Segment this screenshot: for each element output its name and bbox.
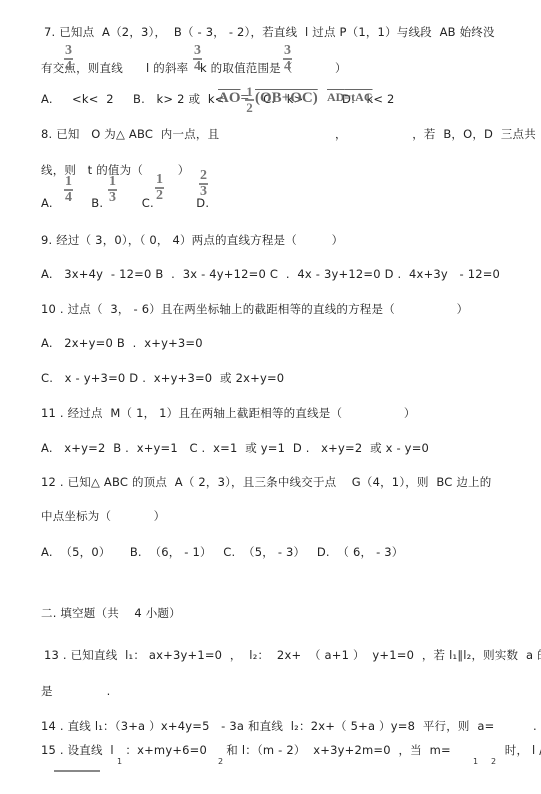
q7-vector-sum: (OB+OC) bbox=[255, 90, 318, 107]
q13-stem-line1: 13 . 已知直线 l₁： ax+3y+1=0 ， l₂： 2x+ （ a+1 … bbox=[44, 648, 541, 662]
vector-ob-oc: (OB+OC) bbox=[255, 90, 318, 106]
q7-stem-line1: 7. 已知点 A（2，3）， B（ - 3， - 2），若直线 l 过点 P（1… bbox=[44, 25, 495, 39]
frac-num: 1 bbox=[246, 86, 253, 98]
frac-num: 3 bbox=[284, 45, 291, 57]
vector-tac: =tAC bbox=[344, 90, 372, 104]
q8-option-a-fraction: 14 bbox=[64, 176, 73, 204]
frac-den: 3 bbox=[109, 192, 116, 204]
q15-subscript-l2: 2 bbox=[218, 757, 223, 766]
frac-den: 4 bbox=[65, 61, 72, 73]
frac-den: 3 bbox=[200, 186, 207, 198]
frac-num: 1 bbox=[156, 174, 163, 186]
q10-stem: 10 . 过点（ 3， - 6）且在两坐标轴上的截距相等的直线的方程是（ ） bbox=[41, 302, 468, 316]
q8-stem-line1: 8. 已知 O 为△ ABC 内一点，且 ， ，若 B，O，D 三点共 bbox=[41, 127, 536, 141]
q7-vector-formula-ad: AD=tAC bbox=[327, 90, 373, 105]
q7-fraction-overlay-a: 34 bbox=[64, 45, 73, 73]
q7-fraction-answer-blank: 34 bbox=[283, 45, 292, 73]
frac-den: 2 bbox=[156, 190, 163, 202]
frac-num: 1 bbox=[109, 176, 116, 188]
q7-fraction-overlay-b: 34 bbox=[193, 45, 202, 73]
q8-option-d-fraction: 23 bbox=[199, 170, 208, 198]
q11-stem: 11 . 经过点 M（ 1， 1）且在两轴上截距相等的直线是（ ） bbox=[41, 406, 416, 420]
q15-stem: 15 . 设直线 l ：x+my+6=0 和 l：（m - 2） x+3y+2m… bbox=[41, 743, 541, 757]
frac-num: 3 bbox=[194, 45, 201, 57]
q12-options: A. （5，0） B. （6， - 1） C. （5， - 3） D. （ 6，… bbox=[41, 545, 404, 559]
q12-stem-line1: 12 . 已知△ ABC 的顶点 A（ 2，3），且三条中线交于点 G（4，1）… bbox=[41, 475, 491, 489]
frac-den: 4 bbox=[65, 192, 72, 204]
q9-stem: 9. 经过（ 3，0），（ 0， 4）两点的直线方程是（ ） bbox=[41, 233, 343, 247]
q15-subscript-l1: 1 bbox=[117, 757, 122, 766]
q10-options-row1: A. 2x+y=0 B . x+y+3=0 bbox=[41, 336, 203, 350]
q9-options: A. 3x+4y - 12=0 B . 3x - 4y+12=0 C . 4x … bbox=[41, 267, 500, 281]
answer-blank-underline bbox=[54, 770, 100, 772]
frac-num: 2 bbox=[200, 170, 207, 182]
q14-stem: 14 . 直线 l₁：（3+a ）x+4y=5 - 3a 和直线 l₂：2x+（… bbox=[41, 719, 537, 733]
vector-ad: AD bbox=[327, 90, 344, 104]
q12-stem-line2: 中点坐标为（ ） bbox=[41, 509, 165, 523]
q11-options: A. x+y=2 B . x+y=1 C . x=1 或 y=1 D . x+y… bbox=[41, 441, 429, 455]
q8-option-b-fraction: 13 bbox=[108, 176, 117, 204]
section-heading-fill-in: 二. 填空题（共 4 小题） bbox=[41, 606, 181, 620]
q13-stem-line2: 是 . bbox=[41, 684, 111, 698]
frac-num: 1 bbox=[65, 176, 72, 188]
frac-den: 4 bbox=[194, 61, 201, 73]
frac-den: 4 bbox=[284, 61, 291, 73]
q15-subscript-parallel-2: 2 bbox=[491, 757, 496, 766]
q8-option-c-fraction: 12 bbox=[155, 174, 164, 202]
vector-ao: AO bbox=[218, 90, 241, 106]
q15-subscript-parallel-1: 1 bbox=[473, 757, 478, 766]
frac-den: 2 bbox=[246, 102, 253, 114]
q7-vector-coef: 12 bbox=[245, 86, 254, 114]
q10-options-row2: C. x - y+3=0 D . x+y+3=0 或 2x+y=0 bbox=[41, 371, 284, 385]
frac-num: 3 bbox=[65, 45, 72, 57]
